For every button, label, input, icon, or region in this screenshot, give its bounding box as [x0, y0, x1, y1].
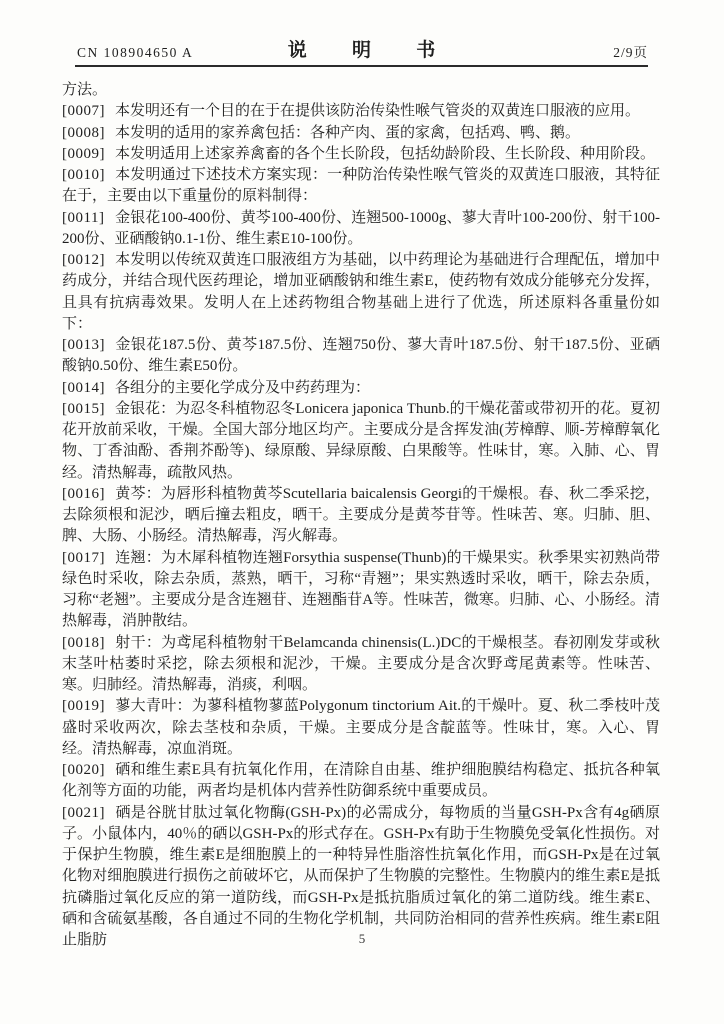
paragraph-text: 射干：为鸢尾科植物射干Belamcanda chinensis(L.)DC的干燥… — [62, 635, 660, 694]
specification-body: 方法。 [0007]本发明还有一个目的在于在提供该防治传染性喉气管炎的双黄连口服… — [62, 80, 660, 951]
paragraph: [0012]本发明以传统双黄连口服液组方为基础，以中药理论为基础进行合理配伍，增… — [62, 250, 660, 335]
paragraph-tag: [0009] — [62, 144, 115, 165]
paragraph-text: 金银花：为忍冬科植物忍冬Lonicera japonica Thunb.的干燥花… — [62, 401, 660, 481]
sheet-page-indicator: 2/9页 — [613, 41, 648, 61]
paragraph: [0015]金银花：为忍冬科植物忍冬Lonicera japonica Thun… — [62, 399, 660, 484]
paragraph-text: 本发明的适用的家养禽包括：各种产肉、蛋的家禽，包括鸡、鸭、鹅。 — [115, 125, 580, 141]
paragraph-tag: [0011] — [62, 208, 115, 229]
paragraph-text: 连翘：为木犀科植物连翘Forsythia suspense(Thunb)的干燥果… — [62, 550, 660, 630]
paragraph-text: 硒是谷胱甘肽过氧化物酶(GSH-Px)的必需成分，每物质的当量GSH-Px含有4… — [62, 805, 660, 949]
paragraph: [0014]各组分的主要化学成分及中药药理为： — [62, 378, 660, 399]
paragraph-text: 方法。 — [62, 82, 107, 98]
paragraph-tag: [0008] — [62, 123, 115, 144]
paragraph: [0010]本发明通过下述技术方案实现：一种防治传染性喉气管炎的双黄连口服液，其… — [62, 165, 660, 208]
patent-specification-page: CN 108904650 A 说 明 书 2/9页 方法。 [0007]本发明还… — [0, 0, 724, 1024]
paragraph: [0018]射干：为鸢尾科植物射干Belamcanda chinensis(L.… — [62, 633, 660, 697]
page-footer: 5 — [0, 930, 724, 948]
paragraph-text: 本发明还有一个目的在于在提供该防治传染性喉气管炎的双黄连口服液的应用。 — [115, 103, 640, 119]
paragraph-text: 本发明适用上述家养禽畜的各个生长阶段，包括幼龄阶段、生长阶段、种用阶段。 — [115, 146, 655, 162]
paragraph: [0017]连翘：为木犀科植物连翘Forsythia suspense(Thun… — [62, 548, 660, 633]
paragraph-text: 本发明以传统双黄连口服液组方为基础，以中药理论为基础进行合理配伍，增加中药成分，… — [62, 252, 660, 332]
paragraph-tag: [0012] — [62, 250, 115, 271]
paragraph-text: 金银花187.5份、黄芩187.5份、连翘750份、蓼大青叶187.5份、射干1… — [62, 337, 660, 374]
paragraph-tag: [0020] — [62, 760, 115, 781]
paragraph: [0020]硒和维生素E具有抗氧化作用，在清除自由基、维护细胞膜结构稳定、抵抗各… — [62, 760, 660, 803]
paragraph: [0009]本发明适用上述家养禽畜的各个生长阶段，包括幼龄阶段、生长阶段、种用阶… — [62, 144, 660, 165]
paragraph: [0008]本发明的适用的家养禽包括：各种产肉、蛋的家禽，包括鸡、鸭、鹅。 — [62, 123, 660, 144]
paragraph-tag: [0015] — [62, 399, 115, 420]
paragraph: [0013]金银花187.5份、黄芩187.5份、连翘750份、蓼大青叶187.… — [62, 335, 660, 378]
document-title: 说 明 书 — [75, 35, 648, 62]
paragraph-tag: [0019] — [62, 696, 115, 717]
paragraph: [0021]硒是谷胱甘肽过氧化物酶(GSH-Px)的必需成分，每物质的当量GSH… — [62, 803, 660, 952]
paragraph-tag: [0014] — [62, 378, 115, 399]
paragraph-text: 本发明通过下述技术方案实现：一种防治传染性喉气管炎的双黄连口服液，其特征在于，主… — [62, 167, 660, 204]
paragraph-tag: [0010] — [62, 165, 115, 186]
page-number: 5 — [359, 931, 366, 946]
paragraph-text: 黄芩：为唇形科植物黄芩Scutellaria baicalensis Georg… — [62, 486, 660, 545]
page-header: CN 108904650 A 说 明 书 2/9页 — [75, 40, 648, 67]
paragraph: 方法。 — [62, 80, 660, 101]
paragraph-tag: [0018] — [62, 633, 115, 654]
paragraph-tag: [0007] — [62, 101, 115, 122]
paragraph-tag: [0013] — [62, 335, 115, 356]
paragraph: [0019]蓼大青叶：为蓼科植物蓼蓝Polygonum tinctorium A… — [62, 696, 660, 760]
paragraph: [0007]本发明还有一个目的在于在提供该防治传染性喉气管炎的双黄连口服液的应用… — [62, 101, 660, 122]
paragraph-text: 各组分的主要化学成分及中药药理为： — [115, 380, 370, 396]
paragraph-tag: [0016] — [62, 484, 115, 505]
paragraph-tag: [0017] — [62, 548, 115, 569]
paragraph-text: 金银花100-400份、黄芩100-400份、连翘500-1000g、蓼大青叶1… — [62, 210, 660, 247]
paragraph-text: 硒和维生素E具有抗氧化作用，在清除自由基、维护细胞膜结构稳定、抵抗各种氧化剂等方… — [62, 762, 660, 799]
paragraph: [0016]黄芩：为唇形科植物黄芩Scutellaria baicalensis… — [62, 484, 660, 548]
paragraph-tag: [0021] — [62, 803, 115, 824]
paragraph: [0011]金银花100-400份、黄芩100-400份、连翘500-1000g… — [62, 208, 660, 251]
paragraph-text: 蓼大青叶：为蓼科植物蓼蓝Polygonum tinctorium Ait.的干燥… — [62, 698, 660, 757]
